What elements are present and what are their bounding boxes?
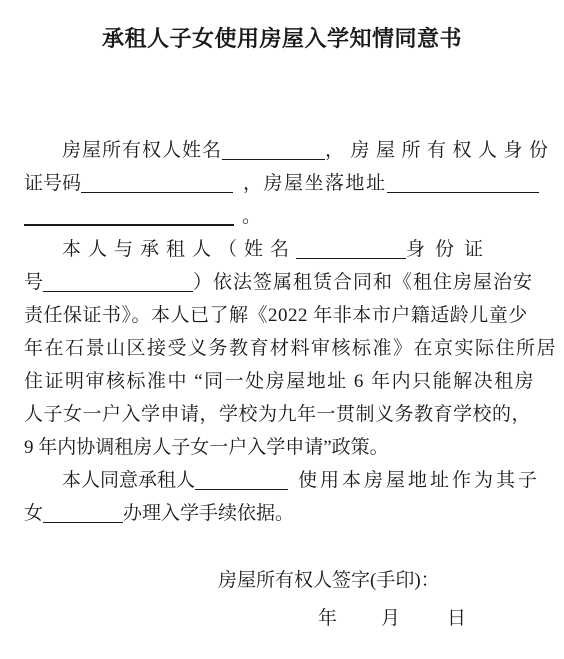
address-blank-part1 [387,191,539,193]
tenant-id-label-part1: 身份证 [406,239,493,260]
para1-line1: 房屋所有权人姓名，房屋所有权人身份 [24,134,540,167]
consent-tenant-name-blank [195,488,288,490]
date-year-label: 年 [318,608,337,629]
owner-id-label-part2: 证号码 [24,173,81,194]
para3-closing-text: 办理入学手续依据。 [123,503,294,524]
consent-document-page: 承租人子女使用房屋入学知情同意书 房屋所有权人姓名，房屋所有权人身份 证号码，房… [0,0,564,659]
tenant-id-label-part2: 号 [24,272,43,293]
para2-line5: 住证明审核标准中 “同一处房屋地址 6 年内只能解决租房 [24,365,540,398]
para2-line2-text: ）依法签属租赁合同和《租住房屋治安 [193,272,533,293]
para2-line6-text: 人子女一户入学申请，学校为九年一贯制义务教育学校的， [24,404,531,425]
owner-id-blank [81,191,233,193]
para2-line6: 人子女一户入学申请，学校为九年一贯制义务教育学校的， [24,398,540,431]
date-day-label: 日 [447,608,466,629]
date-line: 年月日 [24,602,540,635]
para2-line7-text: 9 年内协调租房人子女一户入学申请”政策。 [24,437,389,458]
para2-line1: 本人与承租人（姓名身份证 [24,233,540,266]
owner-name-blank [222,158,325,160]
para1-period: 。 [242,206,261,227]
para2-line3-text: 责任保证书》。本人已了解《2022 年非本市户籍适龄儿童少 [24,305,528,326]
para3-line2: 女办理入学手续依据。 [24,497,540,530]
document-title: 承租人子女使用房屋入学知情同意书 [0,24,564,54]
para3-line1: 本人同意承租人使用本房屋地址作为其子 [24,464,540,497]
tenant-name-label: 本人与承租人（姓名 [62,239,296,260]
owner-id-label-part1: ，房屋所有权人身份 [325,140,555,161]
signature-label: 房屋所有权人签字(手印)： [218,570,440,591]
para2-line5-text: 住证明审核标准中 “同一处房屋地址 6 年内只能解决租房 [24,371,535,392]
document-body: 房屋所有权人姓名，房屋所有权人身份 证号码，房屋坐落地址 。 本人与承租人（姓名… [24,134,540,635]
owner-name-label: 房屋所有权人姓名 [62,140,222,161]
para2-line2: 号）依法签属租赁合同和《租住房屋治安 [24,266,540,299]
consent-tenant-label: 本人同意承租人 [62,470,195,491]
tenant-name-blank [296,257,406,259]
para2-line4-text: 年在石景山区接受义务教育材料审核标准》在京实际住所居 [24,338,557,359]
children-label: 女 [24,503,43,524]
address-label: ，房屋坐落地址 [243,173,387,194]
consent-usage-text: 使用本房屋地址作为其子 [298,470,540,491]
para2-line7: 9 年内协调租房人子女一户入学申请”政策。 [24,431,540,464]
para1-line3: 。 [24,200,540,233]
date-month-label: 月 [381,608,400,629]
para2-line4: 年在石景山区接受义务教育材料审核标准》在京实际住所居 [24,332,540,365]
tenant-id-blank [43,290,193,292]
signature-line: 房屋所有权人签字(手印)： [24,564,540,597]
para2-line3: 责任保证书》。本人已了解《2022 年非本市户籍适龄儿童少 [24,299,540,332]
address-blank-part2 [24,223,234,226]
children-names-blank [43,521,123,523]
para1-line2: 证号码，房屋坐落地址 [24,167,540,200]
